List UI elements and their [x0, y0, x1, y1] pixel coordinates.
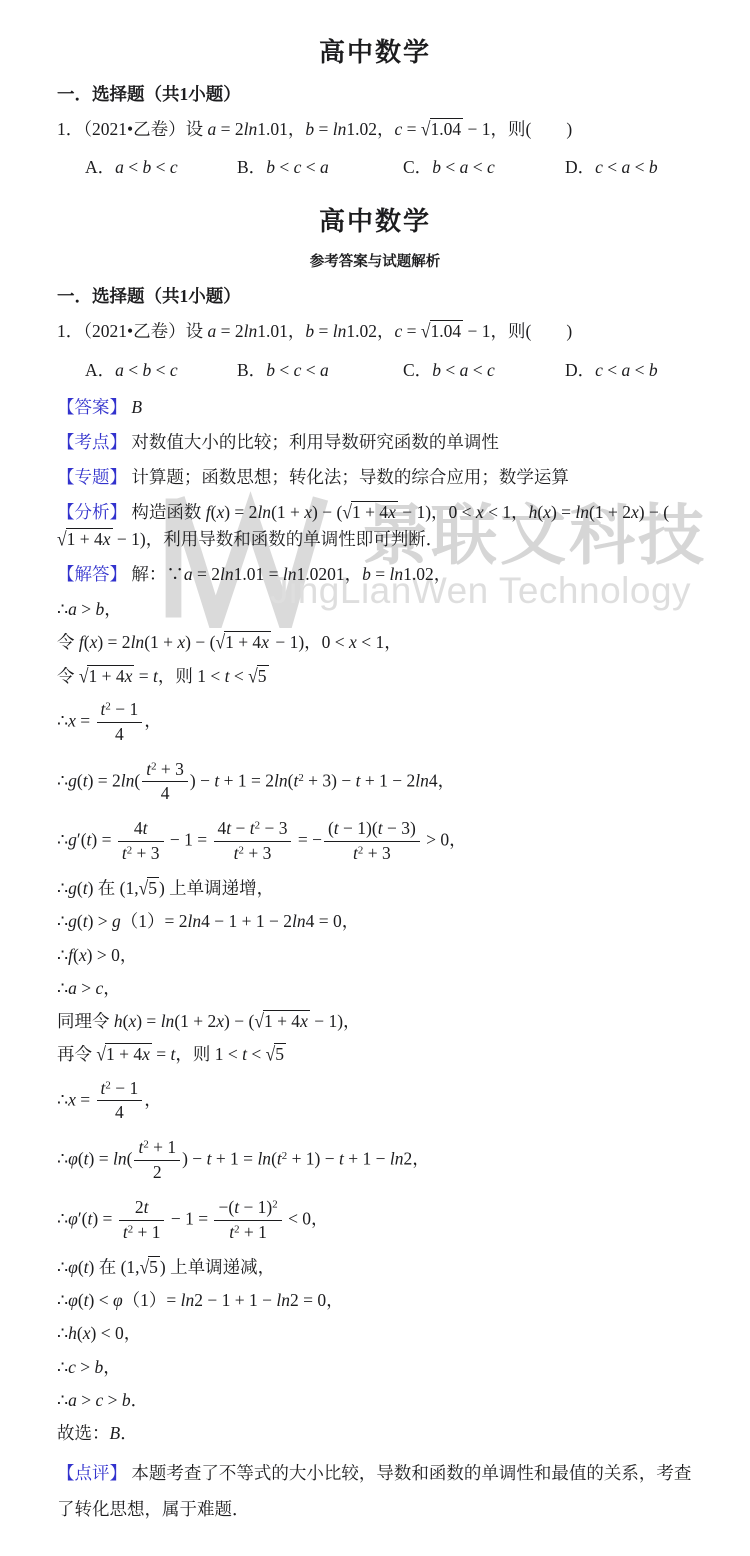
answer-field: 【答案】 B	[57, 394, 693, 420]
dianping-value: 本题考查了不等式的大小比较，导数和函数的单调性和最值的关系，考查了转化思想，属于…	[57, 1463, 691, 1519]
solution-line: ∴c > b，	[57, 1354, 693, 1380]
jieda-value: 解：∵a = 2ln1.01 = ln1.0201，b = ln1.02，	[131, 564, 451, 584]
fraction: 4tt2 + 3	[118, 818, 164, 865]
fraction: t2 − 14	[97, 699, 143, 746]
kaodian-value: 对数值大小的比较；利用导数研究函数的单调性	[131, 432, 499, 452]
doc-title: 高中数学	[57, 32, 693, 69]
document-page: 高中数学 一．选择题（共1小题） 1．（2021•乙卷）设 a = 2ln1.0…	[0, 0, 750, 1528]
fraction: t2 + 12	[134, 1137, 180, 1184]
solution-line: 再令 √1 + 4x = t，则 1 < t < √5	[57, 1041, 693, 1067]
sqrt-expression: √1.04	[421, 318, 463, 344]
option-b: B．b < c < a	[237, 357, 403, 382]
sqrt-expression: √1 + 4x	[79, 663, 135, 689]
zhuanti-field: 【专题】 计算题；函数思想；转化法；导数的综合应用；数学运算	[57, 464, 693, 490]
sqrt-expression: √5	[140, 1254, 160, 1280]
options-row: A．a < b < c B．b < c < a C．b < a < c D．c …	[57, 154, 693, 179]
solution-line: ∴f(x) > 0，	[57, 942, 693, 968]
solution-line: ∴φ(t) 在 (1,√5) 上单调递减，	[57, 1254, 693, 1280]
solution-line: 故选：B．	[57, 1420, 693, 1446]
solution-line: ∴φ′(t) = 2tt2 + 1 − 1 = −(t − 1)2t2 + 1 …	[57, 1194, 693, 1247]
sqrt-expression: √1 + 4x	[215, 629, 271, 655]
solution-line: ∴g(t) = 2ln(t2 + 34) − t + 1 = 2ln(t2 + …	[57, 756, 693, 809]
option-c: C．b < a < c	[403, 154, 565, 179]
jieda-field: 【解答】 解：∵a = 2ln1.01 = ln1.0201，b = ln1.0…	[57, 561, 693, 587]
fraction: t2 − 14	[97, 1078, 143, 1125]
sqrt-expression: √1 + 4x	[342, 499, 398, 525]
dianping-field: 【点评】 本题考查了不等式的大小比较，导数和函数的单调性和最值的关系，考查了转化…	[57, 1456, 693, 1528]
sqrt-expression: √5	[266, 1041, 286, 1067]
section-heading-answers: 一．选择题（共1小题）	[57, 283, 693, 308]
section-heading: 一．选择题（共1小题）	[57, 81, 693, 106]
solution-lines: ∴a > b，令 f(x) = 2ln(1 + x) − (√1 + 4x − …	[57, 596, 693, 1446]
fraction: 2tt2 + 1	[119, 1197, 165, 1244]
solution-line: ∴φ(t) = ln(t2 + 12) − t + 1 = ln(t2 + 1)…	[57, 1134, 693, 1187]
option-a: A．a < b < c	[85, 154, 237, 179]
answer-label: 【答案】	[57, 397, 127, 417]
fenxi-value: 构造函数 f(x) = 2ln(1 + x) − (√1 + 4x − 1)，0…	[57, 502, 669, 548]
solution-line: ∴g(t) > g（1）= 2ln4 − 1 + 1 − 2ln4 = 0，	[57, 908, 693, 934]
kaodian-label: 【考点】	[57, 432, 127, 452]
option-d: D．c < a < b	[565, 154, 693, 179]
fraction: t2 + 34	[142, 759, 188, 806]
options-row-repeat: A．a < b < c B．b < c < a C．b < a < c D．c …	[57, 357, 693, 382]
solution-line: ∴g′(t) = 4tt2 + 3 − 1 = 4t − t2 − 3t2 + …	[57, 815, 693, 868]
solution-line: ∴h(x) < 0，	[57, 1320, 693, 1346]
sqrt-expression: √1 + 4x	[254, 1008, 310, 1034]
fraction: −(t − 1)2t2 + 1	[214, 1197, 281, 1244]
option-d: D．c < a < b	[565, 357, 693, 382]
solution-line: 同理令 h(x) = ln(1 + 2x) − (√1 + 4x − 1)，	[57, 1008, 693, 1034]
option-a: A．a < b < c	[85, 357, 237, 382]
option-b: B．b < c < a	[237, 154, 403, 179]
sqrt-expression: √5	[248, 663, 268, 689]
dianping-label: 【点评】	[57, 1463, 127, 1483]
solution-line: ∴x = t2 − 14，	[57, 696, 693, 749]
sqrt-expression: √1 + 4x	[57, 526, 113, 552]
fraction: 4t − t2 − 3t2 + 3	[214, 818, 292, 865]
solution-line: 令 f(x) = 2ln(1 + x) − (√1 + 4x − 1)，0 < …	[57, 629, 693, 655]
fraction: (t − 1)(t − 3)t2 + 3	[324, 818, 420, 865]
solution-line: 令 √1 + 4x = t，则 1 < t < √5	[57, 663, 693, 689]
question-1: 1．（2021•乙卷）设 a = 2ln1.01，b = ln1.02，c = …	[57, 116, 693, 142]
kaodian-field: 【考点】 对数值大小的比较；利用导数研究函数的单调性	[57, 429, 693, 455]
question-1-repeat: 1．（2021•乙卷）设 a = 2ln1.01，b = ln1.02，c = …	[57, 318, 693, 344]
fenxi-field: 【分析】 构造函数 f(x) = 2ln(1 + x) − (√1 + 4x −…	[57, 499, 693, 552]
doc-title-answers: 高中数学	[57, 201, 693, 238]
jieda-label: 【解答】	[57, 564, 127, 584]
zhuanti-value: 计算题；函数思想；转化法；导数的综合应用；数学运算	[131, 467, 569, 487]
solution-line: ∴φ(t) < φ（1）= ln2 − 1 + 1 − ln2 = 0，	[57, 1287, 693, 1313]
zhuanti-label: 【专题】	[57, 467, 127, 487]
solution-line: ∴g(t) 在 (1,√5) 上单调递增，	[57, 875, 693, 901]
option-c: C．b < a < c	[403, 357, 565, 382]
fenxi-label: 【分析】	[57, 502, 127, 522]
solution-line: ∴a > b，	[57, 596, 693, 622]
sqrt-expression: √1 + 4x	[96, 1041, 152, 1067]
solution-line: ∴x = t2 − 14，	[57, 1075, 693, 1128]
sqrt-expression: √1.04	[421, 116, 463, 142]
solution-line: ∴a > c > b．	[57, 1387, 693, 1413]
answers-subtitle: 参考答案与试题解析	[57, 250, 693, 271]
solution-line: ∴a > c，	[57, 975, 693, 1001]
answer-value: B	[131, 397, 142, 417]
sqrt-expression: √5	[139, 875, 159, 901]
